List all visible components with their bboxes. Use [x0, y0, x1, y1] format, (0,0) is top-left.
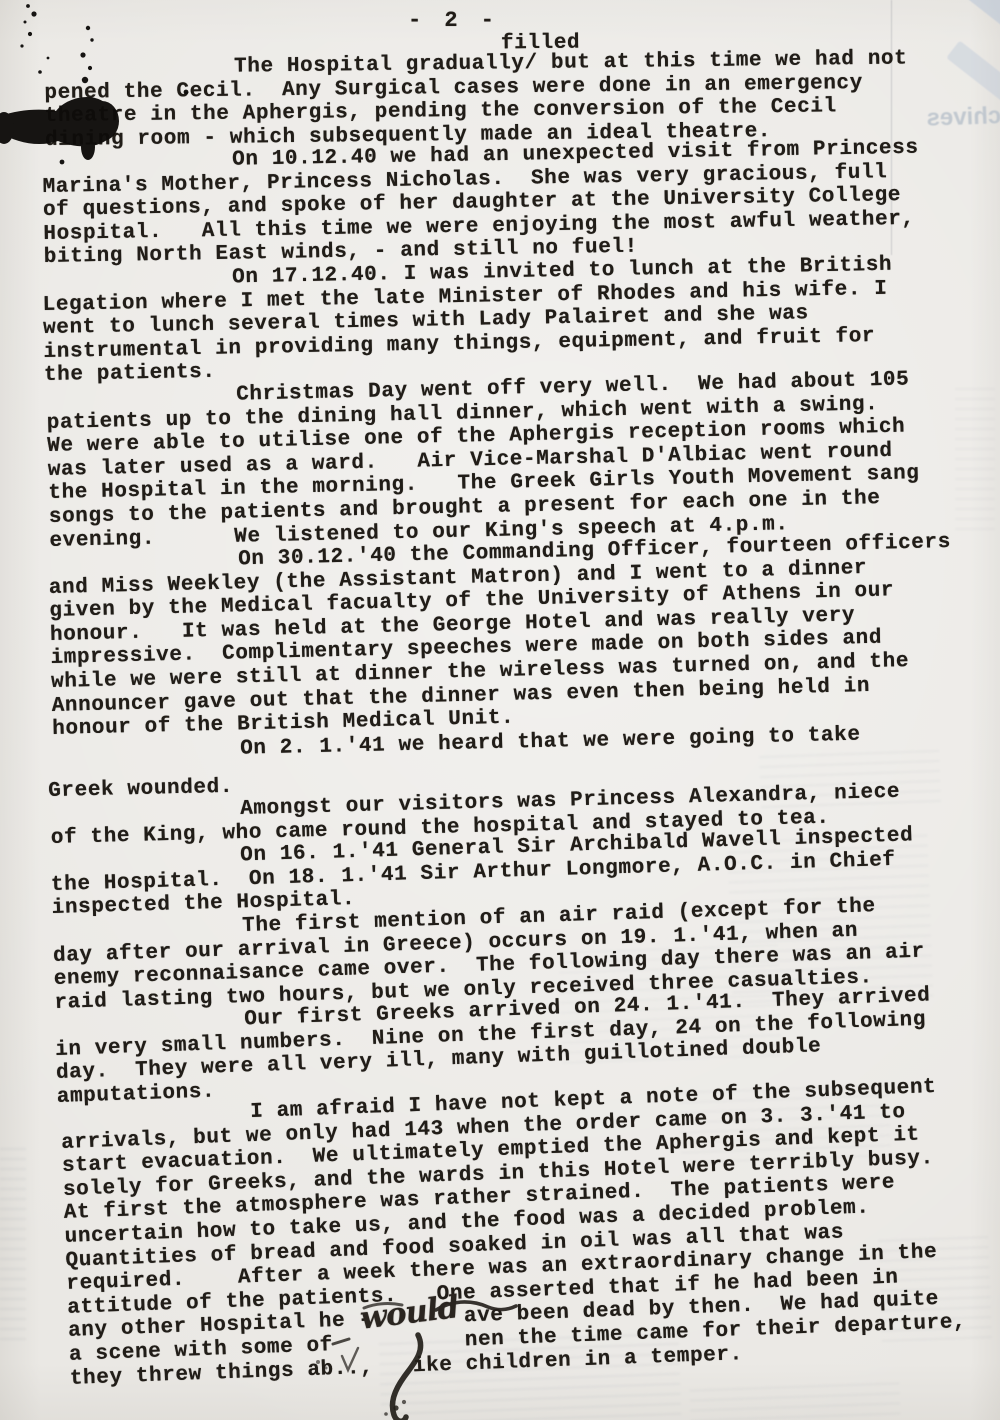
typed-text-body: The Hospital gradually/ but at this time… [0, 0, 1000, 1420]
scanned-document-page: archives - 2 - filled The Hospital gradu… [0, 0, 1000, 1420]
paragraph-4: Christmas Day went off very well. We had… [46, 367, 980, 553]
paragraph-1: The Hospital gradually/ but at this time… [44, 47, 975, 153]
paragraph-5: On 30.12.'40 the Commanding Officer, fou… [48, 530, 982, 741]
paragraph-2: On 10.12.40 we had an unexpected visit f… [42, 136, 974, 270]
paragraph-12: I am afraid I have not kept a note of th… [60, 1074, 1000, 1391]
paragraph-3: On 17.12.40. I was invited to lunch at t… [42, 252, 974, 388]
